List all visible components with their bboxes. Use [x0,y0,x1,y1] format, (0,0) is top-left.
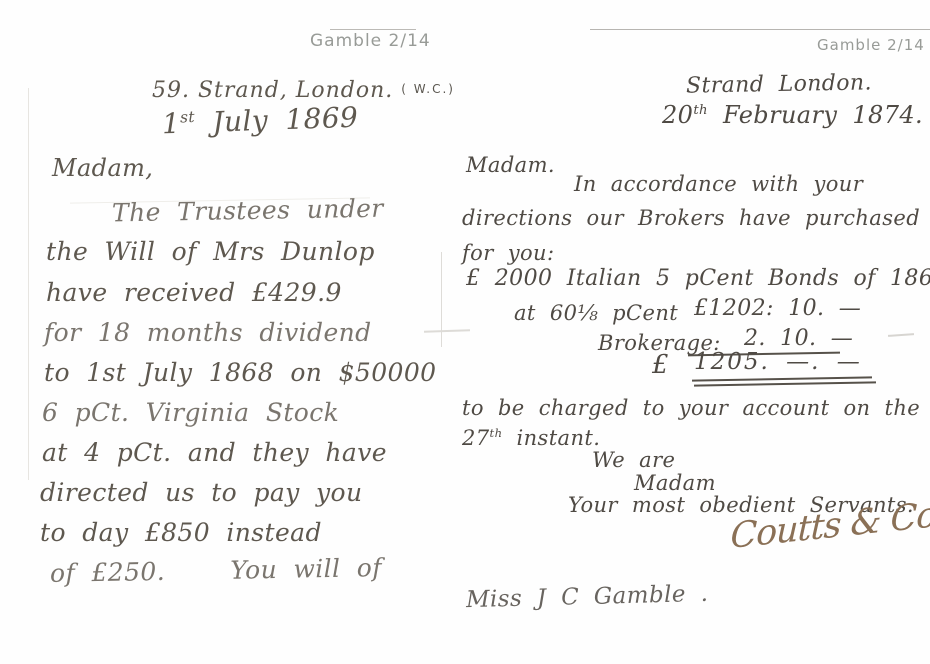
closing-line: Madam [634,471,716,495]
body-line: In accordance with your [574,172,863,196]
body-line: 27th instant. [462,426,600,450]
date-ordinal: th [693,103,708,118]
total-rule-double-top [692,376,872,381]
scanned-letters: Gamble 2/14 59. Strand, London.( W.C.) 1… [0,0,930,664]
letter-page-right: Gamble 2/14 Strand London. 20th February… [0,0,930,664]
body-line: to be charged to your account on the [462,396,920,420]
total-currency: £ [652,350,669,380]
archive-reference-right: Gamble 2/14 [817,36,925,54]
recipient-line: Miss J C Gamble . [466,581,709,613]
date-day: 20 [662,101,693,129]
date-rest: February 1874. [708,101,923,129]
date-day: 27 [462,426,490,450]
body-line: directions our Brokers have purchased [462,206,920,230]
total-amount: 1205. —. — [694,349,862,375]
salutation-right: Madam. [466,153,555,177]
date-ordinal: th [490,426,503,440]
amount-principal: £1202: 10. — [694,296,861,321]
purchase-line: £ 2000 Italian 5 pCent Bonds of 1861. [466,266,930,291]
page-edge-left-right-sheet [441,252,442,347]
letter-date-right: 20th February 1874. [662,101,923,129]
body-line: for you: [462,241,554,265]
closing-line: We are [592,448,675,472]
letter-address-right: Strand London. [686,70,872,98]
total-rule-double-bottom [694,381,876,386]
rate-label: at 60⅛ pCent [514,301,678,325]
page-edge-top-right-sheet [590,29,930,30]
scan-artifact [888,333,914,337]
scan-artifact [424,329,470,333]
date-rest: instant. [502,426,600,450]
amount-brokerage: 2. 10. — [744,326,853,351]
